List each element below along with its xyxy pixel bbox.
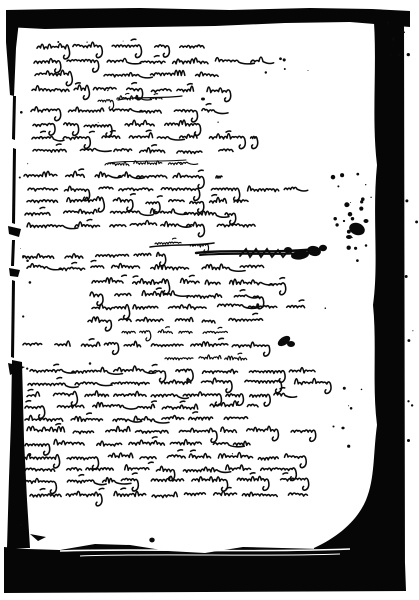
noise-speck: [365, 244, 368, 247]
noise-speck: [407, 439, 410, 442]
noise-speck: [333, 217, 336, 220]
noise-speck: [356, 259, 359, 262]
noise-speck: [407, 339, 410, 342]
noise-speck: [356, 173, 359, 176]
noise-speck: [20, 248, 21, 249]
noise-speck: [401, 30, 404, 33]
noise-speck: [350, 202, 351, 203]
noise-speck: [388, 25, 389, 26]
noise-speck: [370, 197, 371, 198]
noise-speck: [350, 407, 353, 410]
noise-speck: [19, 176, 21, 178]
noise-speck: [390, 53, 392, 55]
noise-speck: [325, 307, 327, 309]
noise-speck: [22, 315, 24, 317]
noise-speck: [283, 58, 286, 61]
noise-speck: [360, 200, 363, 203]
noise-speck: [359, 207, 363, 211]
noise-speck: [337, 185, 339, 187]
noise-speck: [407, 400, 409, 402]
noise-speck: [354, 247, 355, 248]
noise-speck: [123, 41, 124, 42]
noise-speck: [180, 163, 182, 165]
ink-blot: [346, 235, 352, 239]
noise-speck: [284, 68, 286, 70]
noise-speck: [89, 362, 92, 365]
noise-speck: [352, 237, 353, 238]
noise-speck: [86, 41, 87, 42]
noise-speck: [20, 497, 21, 498]
scan-image: [0, 0, 419, 600]
noise-speck: [217, 122, 218, 123]
noise-speck: [391, 37, 395, 41]
ink-blot: [149, 538, 154, 543]
noise-speck: [365, 184, 366, 185]
ink-blot: [364, 219, 369, 223]
noise-speck: [343, 220, 345, 222]
noise-speck: [407, 53, 410, 56]
noise-speck: [107, 90, 108, 91]
noise-speck: [412, 330, 413, 331]
noise-speck: [332, 425, 334, 427]
noise-speck: [27, 163, 28, 164]
noise-speck: [348, 212, 353, 217]
noise-speck: [232, 453, 233, 454]
noise-speck: [405, 275, 408, 278]
noise-speck: [415, 220, 418, 223]
noise-speck: [351, 217, 353, 219]
noise-speck: [387, 21, 390, 24]
ink-blot: [319, 245, 327, 251]
ink-blot: [201, 98, 205, 101]
ink-blot: [287, 341, 295, 347]
noise-speck: [98, 122, 99, 123]
noise-speck: [26, 367, 28, 369]
noise-speck: [398, 53, 401, 56]
noise-speck: [411, 404, 413, 406]
noise-speck: [343, 387, 346, 390]
noise-speck: [20, 111, 23, 114]
noise-speck: [22, 255, 25, 258]
ink-blot: [284, 247, 292, 253]
manuscript-page-scan: [0, 0, 419, 600]
noise-speck: [26, 260, 29, 263]
noise-speck: [357, 227, 358, 228]
noise-speck: [347, 445, 350, 448]
noise-speck: [308, 70, 309, 71]
ink-blot: [341, 427, 344, 430]
noise-speck: [340, 173, 344, 177]
noise-speck: [405, 199, 408, 202]
noise-speck: [331, 175, 336, 180]
noise-speck: [256, 303, 259, 306]
noise-speck: [26, 213, 27, 214]
noise-speck: [15, 273, 18, 276]
noise-speck: [20, 524, 22, 526]
noise-speck: [348, 405, 349, 406]
noise-speck: [347, 246, 351, 250]
noise-speck: [347, 230, 351, 234]
noise-speck: [57, 41, 59, 43]
noise-speck: [279, 57, 282, 60]
noise-speck: [29, 281, 32, 284]
noise-speck: [344, 202, 349, 207]
noise-speck: [335, 223, 338, 226]
noise-speck: [265, 71, 267, 73]
noise-speck: [292, 480, 294, 482]
noise-speck: [392, 45, 393, 46]
noise-speck: [361, 389, 363, 391]
noise-speck: [28, 453, 31, 456]
